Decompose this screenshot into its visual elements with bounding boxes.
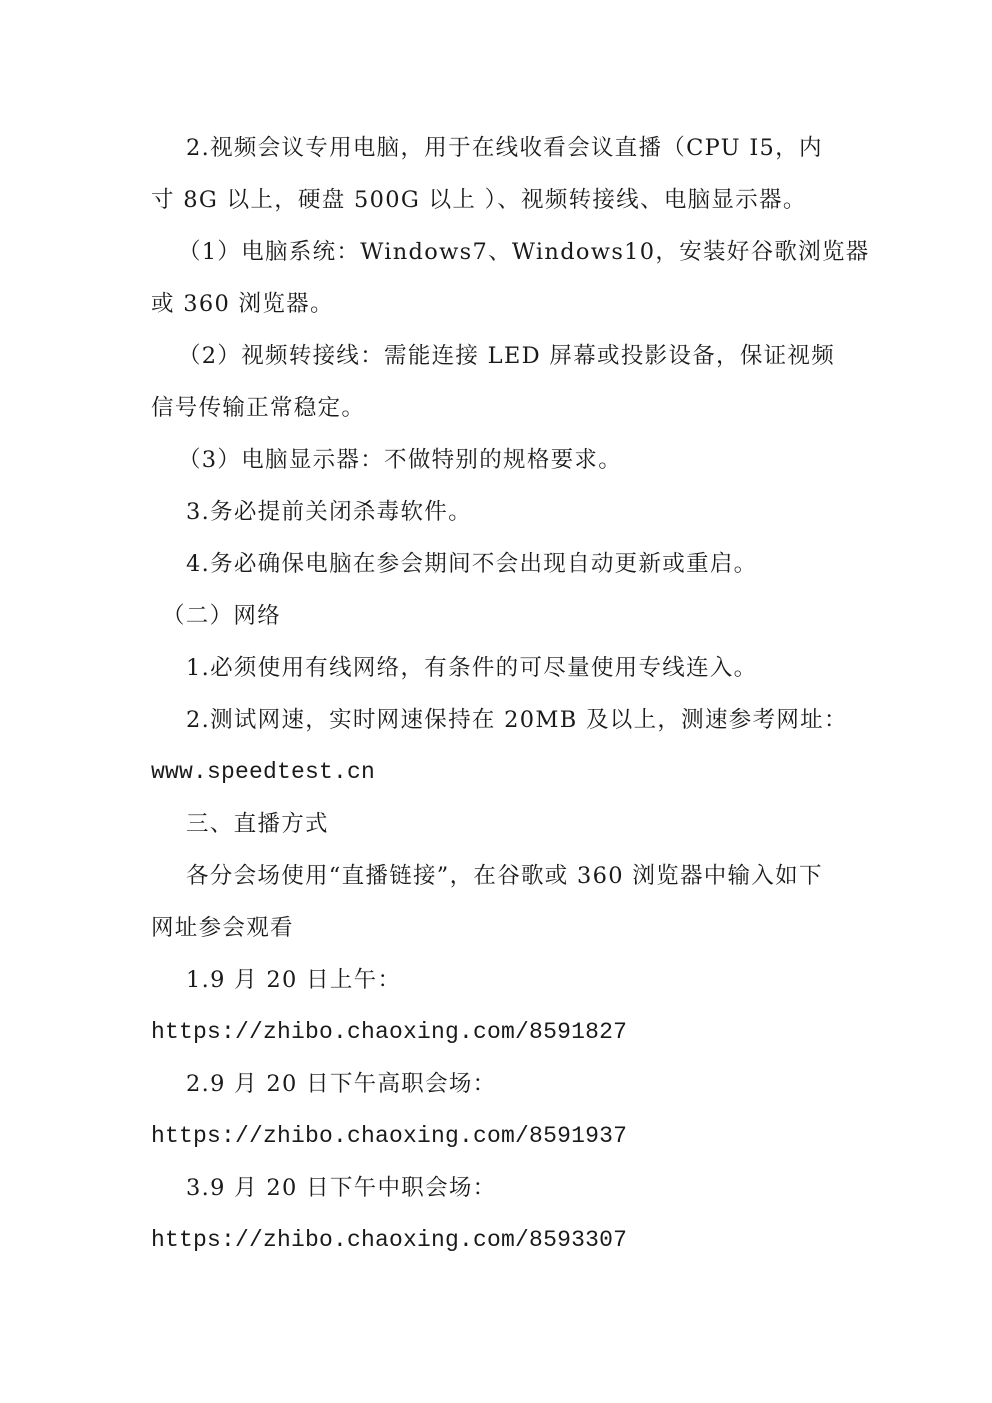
network-item-1-wired: 1.必须使用有线网络，有条件的可尽量使用专线连入。 xyxy=(186,653,757,683)
section-heading-network: （二）网络 xyxy=(162,601,281,631)
session-2-label: 2.9 月 20 日下午高职会场： xyxy=(186,1069,496,1099)
section-heading-live-method: 三、直播方式 xyxy=(186,809,329,839)
live-method-intro-cont: 网址参会观看 xyxy=(151,913,294,943)
session-2-url: https://zhibo.chaoxing.com/8591937 xyxy=(151,1121,627,1151)
item-3-antivirus: 3.务必提前关闭杀毒软件。 xyxy=(186,497,472,527)
session-3-label: 3.9 月 20 日下午中职会场： xyxy=(186,1173,496,1203)
sub-item-2-video-cable: （2）视频转接线：需能连接 LED 屏幕或投影设备，保证视频 xyxy=(178,341,835,371)
live-method-intro: 各分会场使用“直播链接”，在谷歌或 360 浏览器中输入如下 xyxy=(186,861,823,891)
item-2-computer-requirements: 2.视频会议专用电脑，用于在线收看会议直播（CPU I5，内 xyxy=(186,133,823,163)
session-1-label: 1.9 月 20 日上午： xyxy=(186,965,401,995)
sub-item-2-video-cable-cont: 信号传输正常稳定。 xyxy=(151,393,365,423)
session-3-url: https://zhibo.chaoxing.com/8593307 xyxy=(151,1225,627,1255)
item-2-computer-requirements-cont: 寸 8G 以上，硬盘 500G 以上 ）、视频转接线、电脑显示器。 xyxy=(151,185,807,215)
item-4-auto-update: 4.务必确保电脑在参会期间不会出现自动更新或重启。 xyxy=(186,549,757,579)
network-item-2-speed: 2.测试网速，实时网速保持在 20MB 及以上，测速参考网址： xyxy=(186,705,848,735)
document-page: 2.视频会议专用电脑，用于在线收看会议直播（CPU I5，内 寸 8G 以上，硬… xyxy=(0,0,992,1403)
session-1-url: https://zhibo.chaoxing.com/8591827 xyxy=(151,1017,627,1047)
sub-item-1-os: （1）电脑系统：Windows7、Windows10，安装好谷歌浏览器 xyxy=(178,237,870,267)
speedtest-url: www.speedtest.cn xyxy=(151,757,375,787)
sub-item-3-monitor: （3）电脑显示器：不做特别的规格要求。 xyxy=(178,445,622,475)
sub-item-1-os-cont: 或 360 浏览器。 xyxy=(151,289,334,319)
